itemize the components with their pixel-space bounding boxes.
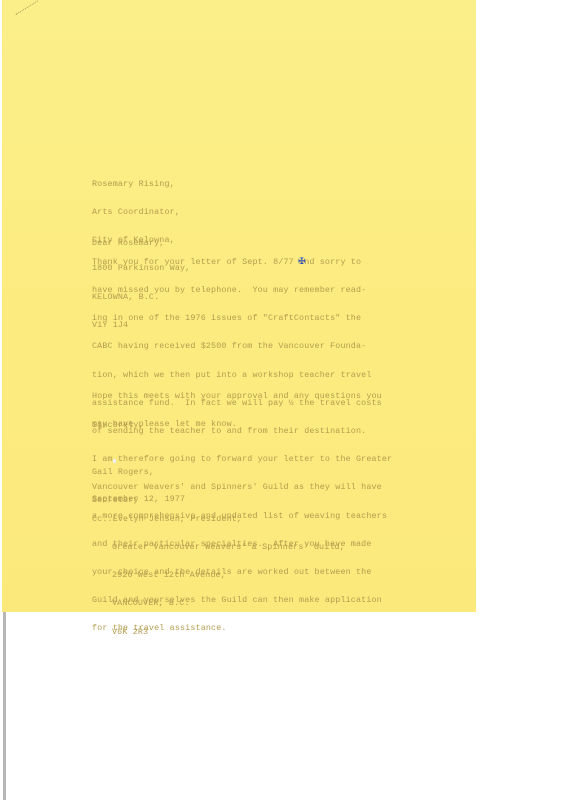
scan-edge-line xyxy=(3,612,6,800)
cc-recipient: cc..Evelyn Jensen, President, xyxy=(92,515,345,524)
corner-pencil-mark xyxy=(15,0,38,15)
cc-address-line: V6K 2R3 xyxy=(92,628,345,637)
address-line: Arts Coordinator, xyxy=(92,208,190,217)
body-line: Thank you for your letter of Sept. 8/77 … xyxy=(92,258,392,267)
letter-page: Rosemary Rising, Arts Coordinator, City … xyxy=(2,0,476,612)
correction-speck xyxy=(113,459,116,463)
blue-ink-mark-icon: ✠ xyxy=(298,258,304,266)
body-line: have missed you by telephone. You may re… xyxy=(92,286,392,295)
cc-address-line: Greater Vancouver Weavers' & Spinners' G… xyxy=(92,543,345,552)
address-line: Rosemary Rising, xyxy=(92,180,190,189)
body-line: CABC having received $2500 from the Vanc… xyxy=(92,342,392,351)
body-line: ing in one of the 1976 issues of "CraftC… xyxy=(92,314,392,323)
carbon-copy-block: cc..Evelyn Jensen, President, Greater Va… xyxy=(92,496,345,656)
cc-address-line: VANCOUVER, B.C. xyxy=(92,599,345,608)
valediction: Sincerely, xyxy=(92,402,144,449)
cc-address-line: 2920 West 12th Avenue, xyxy=(92,571,345,580)
closing-line: Hope this meets with your approval and a… xyxy=(92,392,382,401)
